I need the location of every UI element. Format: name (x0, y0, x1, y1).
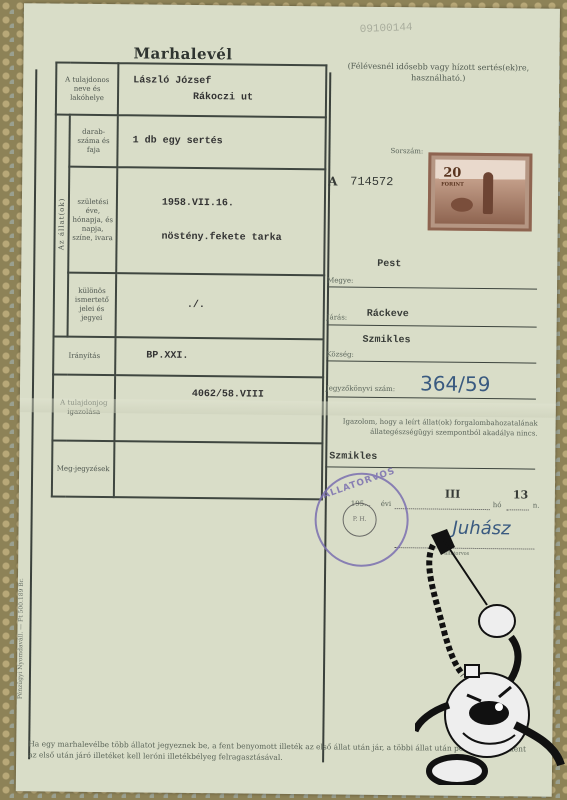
direction-value: BP.XXI. (115, 337, 323, 377)
remarks-label: Meg-jegyzések (52, 441, 115, 498)
owner-value: László József Rákoczi ut (118, 63, 327, 117)
record-number-value: 364/59 (420, 371, 491, 396)
stamp-value: 20 (443, 166, 461, 181)
serial-label: Sorszám: (390, 147, 423, 155)
village-line (326, 360, 536, 363)
month-suffix: hó (493, 501, 502, 509)
count-value: 1 db egy sertés (117, 115, 326, 169)
printer-imprint: Pénzügyi Nyomdaváll. — Ft 500.189 Br. (17, 578, 25, 699)
district-value: Ráckeve (367, 309, 409, 320)
month-value: III (445, 488, 461, 501)
stamp-pig-figure (451, 198, 473, 212)
birth-date: 1958.VII.16. (132, 195, 323, 213)
remarks-value (114, 441, 323, 499)
ownership-value: 4062/58.VIII (114, 375, 323, 443)
animal-description: nöstény.fekete tarka (131, 229, 322, 247)
district-label: Járás: (327, 313, 348, 321)
revenue-stamp: 20 FORINT (428, 152, 533, 231)
marks-label: különös ismertető jelei és jegyei (68, 273, 117, 337)
place-line (325, 466, 535, 469)
place-value: Szmikles (329, 451, 377, 463)
village-label: Község: (326, 350, 354, 358)
document-title: Marhalevél (133, 44, 232, 63)
county-label: Megye: (327, 276, 353, 284)
serial-number: 714572 (350, 175, 393, 189)
day-suffix: n. (533, 502, 540, 510)
animal-details-table: A tulajdonos neve és lakóhelye László Jó… (51, 62, 328, 501)
day-dotline (507, 509, 529, 510)
direction-row: Irányítás BP.XXI. (53, 337, 323, 378)
county-value: Pest (377, 259, 401, 270)
bomb-mascot-sticker-icon (415, 525, 565, 785)
birth-row: születési éve, hónapja, és napja, színe,… (54, 167, 325, 276)
direction-label: Irányítás (53, 337, 115, 376)
ownership-label: A tulajdonjog igazolása (52, 375, 115, 442)
serial-prefix: A (328, 174, 337, 188)
count-row: Az állat(ok) darab-száma és faja 1 db eg… (55, 115, 326, 170)
official-seal: ALLATORVOS P. H. (314, 472, 409, 567)
birth-value: 1958.VII.16. nöstény.fekete tarka (116, 167, 325, 275)
marks-row: különös ismertető jelei és jegyei ./. (54, 273, 325, 340)
owner-label: A tulajdonos neve és lakóhelye (56, 63, 119, 116)
record-number-line (326, 396, 536, 399)
seal-center: P. H. (342, 503, 376, 537)
stamp-shepherd-figure (483, 172, 493, 214)
month-dotline (395, 508, 490, 510)
remarks-row: Meg-jegyzések (52, 441, 323, 500)
count-label: darab-száma és faja (69, 115, 118, 167)
marks-value: ./. (116, 273, 325, 339)
birth-label: születési éve, hónapja, és napja, színe,… (68, 167, 117, 273)
certification-text: Igazolom, hogy a leírt állat(ok) forgalo… (325, 416, 537, 438)
stamp-currency: FORINT (441, 182, 464, 188)
district-line (327, 324, 537, 327)
day-value: 13 (513, 488, 528, 501)
animals-group-label: Az állat(ok) (57, 198, 67, 251)
stamp-image: 20 FORINT (435, 160, 526, 225)
owner-row: A tulajdonos neve és lakóhelye László Jó… (56, 63, 327, 118)
record-number-label: Jegyzőkönyvi szám: (326, 384, 395, 393)
owner-name: László József (133, 73, 324, 91)
ownership-row: A tulajdonjog igazolása 4062/58.VIII (52, 375, 323, 444)
county-line (327, 286, 537, 289)
owner-address: Rákoczi ut (133, 89, 324, 107)
village-value: Szmikles (362, 335, 410, 347)
